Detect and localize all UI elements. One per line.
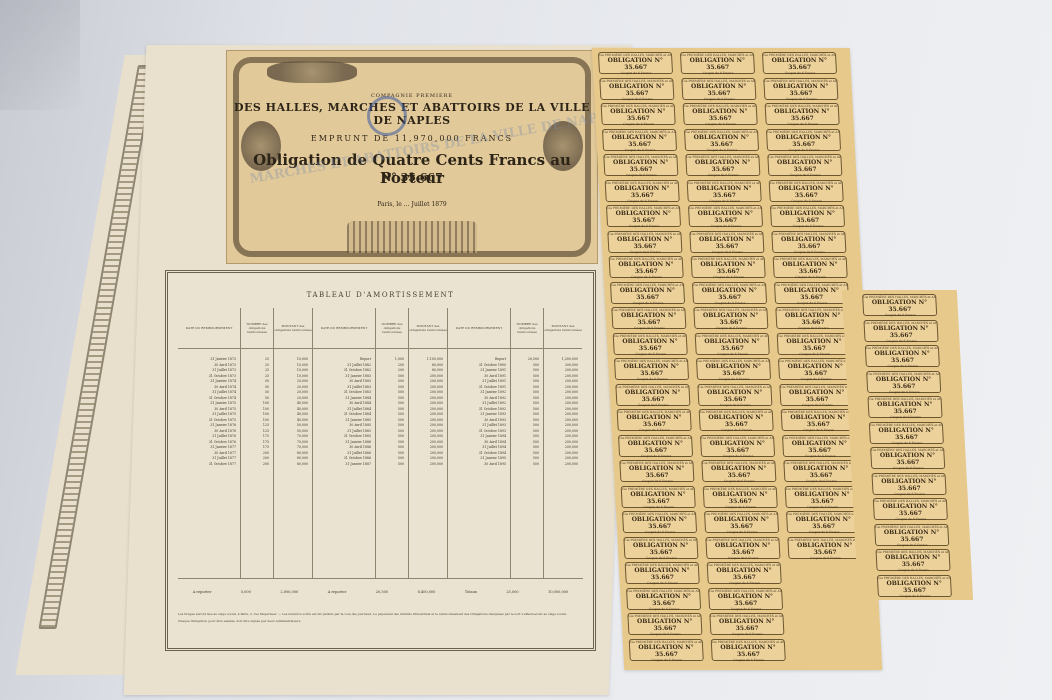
coupon-number: OBLIGATION N° 35.667 <box>599 57 672 71</box>
coupon-header: Cie PREMIÈRE DES HALLES, MARCHÉS et ABAT… <box>778 334 850 338</box>
coupon-number: OBLIGATION N° 35.667 <box>767 134 840 148</box>
table-totals-row: A reporter 5,000 2,000,000 A reporter 20… <box>178 578 583 604</box>
coupon: Cie PREMIÈRE DES HALLES, MARCHÉS et ABAT… <box>782 435 857 457</box>
table-cell: 80,000 <box>274 462 312 468</box>
coupon-header: Cie PREMIÈRE DES HALLES, MARCHÉS et ABAT… <box>611 283 683 287</box>
coupon-value: Coupon de 6 Francs <box>607 199 679 203</box>
coupon: Cie PREMIÈRE DES HALLES, MARCHÉS et ABAT… <box>865 345 940 367</box>
coupon: Cie PREMIÈRE DES HALLES, MARCHÉS et ABAT… <box>774 282 849 304</box>
coupon: Cie PREMIÈRE DES HALLES, MARCHÉS et ABAT… <box>689 231 764 253</box>
coupon: Cie PREMIÈRE DES HALLES, MARCHÉS et ABAT… <box>611 307 686 329</box>
coupon: Cie PREMIÈRE DES HALLES, MARCHÉS et ABAT… <box>771 231 846 253</box>
coupon-sheet: Cie PREMIÈRE DES HALLES, MARCHÉS et ABAT… <box>592 48 883 670</box>
coupon: Cie PREMIÈRE DES HALLES, MARCHÉS et ABAT… <box>711 639 786 661</box>
coupon-header: Cie PREMIÈRE DES HALLES, MARCHÉS et ABAT… <box>619 436 691 440</box>
coupon: Cie PREMIÈRE DES HALLES, MARCHÉS et ABAT… <box>617 409 692 431</box>
coupon-value: Coupon de 6 Francs <box>619 428 691 432</box>
coupon: Cie PREMIÈRE DES HALLES, MARCHÉS et ABAT… <box>765 103 840 125</box>
coupon-number: OBLIGATION N° 35.667 <box>785 465 858 479</box>
coupon-number: OBLIGATION N° 35.667 <box>691 236 764 250</box>
coupon-value: Coupon de 6 Francs <box>628 607 700 611</box>
coupon-number: OBLIGATION N° 35.667 <box>769 159 842 173</box>
coupon-value: Coupon de 6 Francs <box>764 71 836 75</box>
amount-column-3: MONTANT des obligations remboursées 1,30… <box>544 308 582 578</box>
amortization-table-panel: TABLEAU D'AMORTISSEMENT DATE DU REMBOURS… <box>165 270 596 651</box>
coupon-number: OBLIGATION N° 35.667 <box>606 185 679 199</box>
coupon-value: Coupon de 6 Francs <box>713 658 785 662</box>
coupon: Cie PREMIÈRE DES HALLES, MARCHÉS et ABAT… <box>867 396 942 418</box>
date-column-3: DATE DU REMBOURSEMENT Report31 Octobre 1… <box>448 308 511 578</box>
coupon-header: Cie PREMIÈRE DES HALLES, MARCHÉS et ABAT… <box>788 538 860 542</box>
coupon: Cie PREMIÈRE DES HALLES, MARCHÉS et ABAT… <box>618 435 693 457</box>
coupon-value: Coupon de 6 Francs <box>698 377 770 381</box>
total-number-2: 20,500 <box>376 590 388 594</box>
coupon-header: Cie PREMIÈRE DES HALLES, MARCHÉS et ABAT… <box>783 436 855 440</box>
coupon-value: Coupon de 6 Francs <box>615 352 687 356</box>
coupon: Cie PREMIÈRE DES HALLES, MARCHÉS et ABAT… <box>598 52 673 74</box>
coupon-number: OBLIGATION N° 35.667 <box>605 159 678 173</box>
coupon: Cie PREMIÈRE DES HALLES, MARCHÉS et ABAT… <box>599 78 674 100</box>
coupon: Cie PREMIÈRE DES HALLES, MARCHÉS et ABAT… <box>681 78 756 100</box>
number-column-3: NOMBRE des obligations remboursées 20,50… <box>511 308 544 578</box>
total-amount-2: 8,400,000 <box>418 590 436 594</box>
coupon-value: Coupon de 6 Francs <box>699 403 771 407</box>
coupon-value: Coupon de 6 Francs <box>879 594 951 598</box>
coupon-sheet-extension: Cie PREMIÈRE DES HALLES, MARCHÉS et ABAT… <box>842 290 973 600</box>
coupon-value: Coupon de 6 Francs <box>707 556 779 560</box>
coupon-header: Cie PREMIÈRE DES HALLES, MARCHÉS et ABAT… <box>616 385 688 389</box>
total-label-3: Totaux <box>465 590 477 594</box>
coupon-number: OBLIGATION N° 35.667 <box>696 338 769 352</box>
coupon-value: Coupon de 6 Francs <box>603 122 675 126</box>
coupon-number: OBLIGATION N° 35.667 <box>705 516 778 530</box>
coupon-header: Cie PREMIÈRE DES HALLES, MARCHÉS et ABAT… <box>772 232 844 236</box>
coupon-number: OBLIGATION N° 35.667 <box>771 210 844 224</box>
coupon-header: Cie PREMIÈRE DES HALLES, MARCHÉS et ABAT… <box>690 232 762 236</box>
coupon-number: OBLIGATION N° 35.667 <box>782 414 855 428</box>
coupon-value: Coupon de 6 Francs <box>767 122 839 126</box>
coupon: Cie PREMIÈRE DES HALLES, MARCHÉS et ABAT… <box>869 422 944 444</box>
coupon-number: OBLIGATION N° 35.667 <box>630 644 703 658</box>
date-column-1: DATE DU REMBOURSEMENT 31 Janvier 187330 … <box>178 308 241 578</box>
coupon-number: OBLIGATION N° 35.667 <box>766 108 839 122</box>
coupon: Cie PREMIÈRE DES HALLES, MARCHÉS et ABAT… <box>688 205 763 227</box>
coupon-value: Coupon de 6 Francs <box>877 568 949 572</box>
coupon-number: OBLIGATION N° 35.667 <box>687 159 760 173</box>
coupon-number: OBLIGATION N° 35.667 <box>629 618 702 632</box>
coupon-header: Cie PREMIÈRE DES HALLES, MARCHÉS et ABAT… <box>627 589 699 593</box>
coupon: Cie PREMIÈRE DES HALLES, MARCHÉS et ABAT… <box>684 129 759 151</box>
coupon-value: Coupon de 6 Francs <box>781 403 853 407</box>
coupon-number: OBLIGATION N° 35.667 <box>693 287 766 301</box>
coupon-value: Coupon de 6 Francs <box>695 326 767 330</box>
coupon: Cie PREMIÈRE DES HALLES, MARCHÉS et ABAT… <box>709 613 784 635</box>
total-label-1: A reporter <box>193 590 212 594</box>
coupon-number: OBLIGATION N° 35.667 <box>863 299 936 313</box>
table-cell: 200 <box>241 462 273 468</box>
coupon-header: Cie PREMIÈRE DES HALLES, MARCHÉS et ABAT… <box>775 283 847 287</box>
coupon: Cie PREMIÈRE DES HALLES, MARCHÉS et ABAT… <box>627 613 702 635</box>
coupon-value: Coupon de 6 Francs <box>616 377 688 381</box>
coupon-value: Coupon de 6 Francs <box>683 97 755 101</box>
coupon: Cie PREMIÈRE DES HALLES, MARCHÉS et ABAT… <box>685 154 760 176</box>
coupon-value: Coupon de 6 Francs <box>694 301 766 305</box>
coupon: Cie PREMIÈRE DES HALLES, MARCHÉS et ABAT… <box>610 282 685 304</box>
table-cell: 31 Octobre 1877 <box>178 462 240 468</box>
coupon-header: Cie PREMIÈRE DES HALLES, MARCHÉS et ABAT… <box>864 321 936 325</box>
coupon-header: Cie PREMIÈRE DES HALLES, MARCHÉS et ABAT… <box>624 538 696 542</box>
coupon: Cie PREMIÈRE DES HALLES, MARCHÉS et ABAT… <box>619 460 694 482</box>
coupon-number: OBLIGATION N° 35.667 <box>681 57 754 71</box>
coupon-number: OBLIGATION N° 35.667 <box>623 516 696 530</box>
coupon-number: OBLIGATION N° 35.667 <box>777 312 850 326</box>
coupon: Cie PREMIÈRE DES HALLES, MARCHÉS et ABAT… <box>705 537 780 559</box>
coupon: Cie PREMIÈRE DES HALLES, MARCHÉS et ABAT… <box>707 562 782 584</box>
coupon-number: OBLIGATION N° 35.667 <box>869 401 942 415</box>
coupon-header: Cie PREMIÈRE DES HALLES, MARCHÉS et ABAT… <box>706 538 778 542</box>
coupon-value: Coupon de 6 Francs <box>701 428 773 432</box>
coupon: Cie PREMIÈRE DES HALLES, MARCHÉS et ABAT… <box>773 256 848 278</box>
coupon-number: OBLIGATION N° 35.667 <box>701 440 774 454</box>
table-title: TABLEAU D'AMORTISSEMENT <box>168 291 593 299</box>
coupon-number: OBLIGATION N° 35.667 <box>607 210 680 224</box>
coupon-value: Coupon de 6 Francs <box>617 403 689 407</box>
coupon: Cie PREMIÈRE DES HALLES, MARCHÉS et ABAT… <box>605 180 680 202</box>
coupon-value: Coupon de 6 Francs <box>629 632 701 636</box>
coupon-value: Coupon de 6 Francs <box>702 454 774 458</box>
coupon: Cie PREMIÈRE DES HALLES, MARCHÉS et ABAT… <box>775 307 850 329</box>
coupon: Cie PREMIÈRE DES HALLES, MARCHÉS et ABAT… <box>614 358 689 380</box>
table-cell: 31 Janvier 1887 <box>313 462 375 468</box>
coupon: Cie PREMIÈRE DES HALLES, MARCHÉS et ABAT… <box>866 371 941 393</box>
amount-column-1: MONTANT des obligations remboursées 10,0… <box>274 308 313 578</box>
coupon: Cie PREMIÈRE DES HALLES, MARCHÉS et ABAT… <box>692 282 767 304</box>
coupon-number: OBLIGATION N° 35.667 <box>618 414 691 428</box>
coupon-value: Coupon de 6 Francs <box>873 492 945 496</box>
coupon-value: Coupon de 6 Francs <box>776 301 848 305</box>
coupon-number: OBLIGATION N° 35.667 <box>622 491 695 505</box>
coupon-number: OBLIGATION N° 35.667 <box>603 134 676 148</box>
coupon: Cie PREMIÈRE DES HALLES, MARCHÉS et ABAT… <box>615 384 690 406</box>
coupon-header: Cie PREMIÈRE DES HALLES, MARCHÉS et ABAT… <box>875 525 947 529</box>
coupon-value: Coupon de 6 Francs <box>867 364 939 368</box>
coupon-number: OBLIGATION N° 35.667 <box>692 261 765 275</box>
coupon: Cie PREMIÈRE DES HALLES, MARCHÉS et ABAT… <box>602 129 677 151</box>
table-notes: Les tirages auront lieu au siège social,… <box>178 611 583 625</box>
coupon: Cie PREMIÈRE DES HALLES, MARCHÉS et ABAT… <box>629 639 704 661</box>
coupon-value: Coupon de 6 Francs <box>876 543 948 547</box>
coupon-value: Coupon de 6 Francs <box>872 466 944 470</box>
coupon: Cie PREMIÈRE DES HALLES, MARCHÉS et ABAT… <box>779 384 854 406</box>
coupon-value: Coupon de 6 Francs <box>706 530 778 534</box>
coupon-header: Cie PREMIÈRE DES HALLES, MARCHÉS et ABAT… <box>600 79 672 83</box>
coupon: Cie PREMIÈRE DES HALLES, MARCHÉS et ABAT… <box>606 205 681 227</box>
coupon-header: Cie PREMIÈRE DES HALLES, MARCHÉS et ABAT… <box>696 334 768 338</box>
issue-date: Paris, le … Juillet 1879 <box>227 201 597 208</box>
coupon-number: OBLIGATION N° 35.667 <box>700 414 773 428</box>
coupon-number: OBLIGATION N° 35.667 <box>703 465 776 479</box>
coupon-value: Coupon de 6 Francs <box>627 581 699 585</box>
coupon-number: OBLIGATION N° 35.667 <box>786 491 859 505</box>
coupon-number: OBLIGATION N° 35.667 <box>871 452 944 466</box>
amount-column-2: MONTANT des obligations remboursées 1,10… <box>409 308 448 578</box>
coupon-number: OBLIGATION N° 35.667 <box>707 542 780 556</box>
coupon-value: Coupon de 6 Francs <box>777 326 849 330</box>
coupon-value: Coupon de 6 Francs <box>771 199 843 203</box>
coupon-number: OBLIGATION N° 35.667 <box>779 363 852 377</box>
coupon: Cie PREMIÈRE DES HALLES, MARCHÉS et ABAT… <box>609 256 684 278</box>
coupon: Cie PREMIÈRE DES HALLES, MARCHÉS et ABAT… <box>874 524 949 546</box>
coupon-value: Coupon de 6 Francs <box>685 122 757 126</box>
coupon-value: Coupon de 6 Francs <box>875 517 947 521</box>
blue-stamp <box>367 96 407 136</box>
coupon-number: OBLIGATION N° 35.667 <box>627 593 700 607</box>
coupon-number: OBLIGATION N° 35.667 <box>601 83 674 97</box>
coupon-number: OBLIGATION N° 35.667 <box>621 465 694 479</box>
coupon-value: Coupon de 6 Francs <box>693 275 765 279</box>
coupon-number: OBLIGATION N° 35.667 <box>866 350 939 364</box>
coupon-number: OBLIGATION N° 35.667 <box>688 185 761 199</box>
coupon-value: Coupon de 6 Francs <box>689 199 761 203</box>
coupon-number: OBLIGATION N° 35.667 <box>877 554 950 568</box>
coupon: Cie PREMIÈRE DES HALLES, MARCHÉS et ABAT… <box>622 511 697 533</box>
coupon-header: Cie PREMIÈRE DES HALLES, MARCHÉS et ABAT… <box>780 385 852 389</box>
coupon-value: Coupon de 6 Francs <box>697 352 769 356</box>
table-cell: 200,000 <box>544 462 582 468</box>
number-column-2: NOMBRE des obligations remboursées 1,000… <box>376 308 409 578</box>
coupon-number: OBLIGATION N° 35.667 <box>699 389 772 403</box>
coupon-header: Cie PREMIÈRE DES HALLES, MARCHÉS et ABAT… <box>698 385 770 389</box>
coupon-header: Cie PREMIÈRE DES HALLES, MARCHÉS et ABAT… <box>606 181 678 185</box>
coupon: Cie PREMIÈRE DES HALLES, MARCHÉS et ABAT… <box>691 256 766 278</box>
coupon-header: Cie PREMIÈRE DES HALLES, MARCHÉS et ABAT… <box>688 181 760 185</box>
date-column-2: DATE DU REMBOURSEMENT Report31 Juillet 1… <box>313 308 376 578</box>
coupon-number: OBLIGATION N° 35.667 <box>783 440 856 454</box>
coupon-number: OBLIGATION N° 35.667 <box>870 427 943 441</box>
coupon: Cie PREMIÈRE DES HALLES, MARCHÉS et ABAT… <box>601 103 676 125</box>
coupon-value: Coupon de 6 Francs <box>768 148 840 152</box>
coupon-header: Cie PREMIÈRE DES HALLES, MARCHÉS et ABAT… <box>701 436 773 440</box>
coupon-header: Cie PREMIÈRE DES HALLES, MARCHÉS et ABAT… <box>867 372 939 376</box>
coupon: Cie PREMIÈRE DES HALLES, MARCHÉS et ABAT… <box>862 294 937 316</box>
coupon-number: OBLIGATION N° 35.667 <box>770 185 843 199</box>
coupon-value: Coupon de 6 Francs <box>710 607 782 611</box>
coupon-value: Coupon de 6 Francs <box>690 224 762 228</box>
total-number-1: 5,000 <box>241 590 251 594</box>
coupon: Cie PREMIÈRE DES HALLES, MARCHÉS et ABAT… <box>696 358 771 380</box>
coupon: Cie PREMIÈRE DES HALLES, MARCHÉS et ABAT… <box>603 154 678 176</box>
coupon-header: Cie PREMIÈRE DES HALLES, MARCHÉS et ABAT… <box>685 130 757 134</box>
coupon-value: Coupon de 6 Francs <box>682 71 754 75</box>
coupon-number: OBLIGATION N° 35.667 <box>774 261 847 275</box>
coupon-number: OBLIGATION N° 35.667 <box>781 389 854 403</box>
coupon-header: Cie PREMIÈRE DES HALLES, MARCHÉS et ABAT… <box>870 423 942 427</box>
coupon-value: Coupon de 6 Francs <box>620 454 692 458</box>
coupon: Cie PREMIÈRE DES HALLES, MARCHÉS et ABAT… <box>783 460 858 482</box>
coupon: Cie PREMIÈRE DES HALLES, MARCHÉS et ABAT… <box>787 537 862 559</box>
coupon-value: Coupon de 6 Francs <box>769 173 841 177</box>
coupon-value: Coupon de 6 Francs <box>871 441 943 445</box>
coupon-number: OBLIGATION N° 35.667 <box>695 312 768 326</box>
coupon-number: OBLIGATION N° 35.667 <box>689 210 762 224</box>
coupon-value: Coupon de 6 Francs <box>784 454 856 458</box>
coupon-number: OBLIGATION N° 35.667 <box>625 542 698 556</box>
coupon-value: Coupon de 6 Francs <box>788 530 860 534</box>
coupon-value: Coupon de 6 Francs <box>711 632 783 636</box>
coupon: Cie PREMIÈRE DES HALLES, MARCHÉS et ABAT… <box>777 333 852 355</box>
coupon-value: Coupon de 6 Francs <box>864 313 936 317</box>
coupon-number: OBLIGATION N° 35.667 <box>684 108 757 122</box>
coupon-value: Coupon de 6 Francs <box>869 415 941 419</box>
coupon-header: Cie PREMIÈRE DES HALLES, MARCHÉS et ABAT… <box>693 283 765 287</box>
coupon: Cie PREMIÈRE DES HALLES, MARCHÉS et ABAT… <box>769 180 844 202</box>
coupon-number: OBLIGATION N° 35.667 <box>602 108 675 122</box>
coupon-number: OBLIGATION N° 35.667 <box>763 57 836 71</box>
coupon-value: Coupon de 6 Francs <box>775 275 847 279</box>
coupon-number: OBLIGATION N° 35.667 <box>787 516 860 530</box>
coupon: Cie PREMIÈRE DES HALLES, MARCHÉS et ABAT… <box>873 498 948 520</box>
coupon: Cie PREMIÈRE DES HALLES, MARCHÉS et ABAT… <box>693 307 768 329</box>
amortization-table: DATE DU REMBOURSEMENT 31 Janvier 187330 … <box>178 308 583 578</box>
coupon-number: OBLIGATION N° 35.667 <box>683 83 756 97</box>
coupon: Cie PREMIÈRE DES HALLES, MARCHÉS et ABAT… <box>767 154 842 176</box>
coupon-value: Coupon de 6 Francs <box>868 390 940 394</box>
coupon: Cie PREMIÈRE DES HALLES, MARCHÉS et ABAT… <box>699 409 774 431</box>
coupon: Cie PREMIÈRE DES HALLES, MARCHÉS et ABAT… <box>781 409 856 431</box>
coupon: Cie PREMIÈRE DES HALLES, MARCHÉS et ABAT… <box>875 549 950 571</box>
coupon-number: OBLIGATION N° 35.667 <box>708 567 781 581</box>
coupon-number: OBLIGATION N° 35.667 <box>617 389 690 403</box>
coupon: Cie PREMIÈRE DES HALLES, MARCHÉS et ABAT… <box>786 511 861 533</box>
coupon: Cie PREMIÈRE DES HALLES, MARCHÉS et ABAT… <box>700 435 775 457</box>
note-1: Les tirages auront lieu au siège social,… <box>178 611 583 618</box>
coupon-number: OBLIGATION N° 35.667 <box>765 83 838 97</box>
coupon-header: Cie PREMIÈRE DES HALLES, MARCHÉS et ABAT… <box>630 640 702 644</box>
number-column-1: NOMBRE des obligations remboursées 25252… <box>241 308 274 578</box>
building-engraving <box>347 221 477 253</box>
coupon: Cie PREMIÈRE DES HALLES, MARCHÉS et ABAT… <box>778 358 853 380</box>
coupon-number: OBLIGATION N° 35.667 <box>865 325 938 339</box>
table-cell: 200,000 <box>409 462 447 468</box>
coupon-header: Cie PREMIÈRE DES HALLES, MARCHÉS et ABAT… <box>770 181 842 185</box>
coupon: Cie PREMIÈRE DES HALLES, MARCHÉS et ABAT… <box>607 231 682 253</box>
coupon-header: Cie PREMIÈRE DES HALLES, MARCHÉS et ABAT… <box>603 130 675 134</box>
coupon-value: Coupon de 6 Francs <box>624 530 696 534</box>
coupon-value: Coupon de 6 Francs <box>611 275 683 279</box>
coupon-value: Coupon de 6 Francs <box>772 224 844 228</box>
coupon-value: Coupon de 6 Francs <box>779 352 851 356</box>
coupon-value: Coupon de 6 Francs <box>687 173 759 177</box>
coupon: Cie PREMIÈRE DES HALLES, MARCHÉS et ABAT… <box>871 473 946 495</box>
coupon-number: OBLIGATION N° 35.667 <box>619 440 692 454</box>
coupon-value: Coupon de 6 Francs <box>605 173 677 177</box>
coupon-number: OBLIGATION N° 35.667 <box>610 261 683 275</box>
coupon-value: Coupon de 6 Francs <box>601 97 673 101</box>
coupon-value: Coupon de 6 Francs <box>785 479 857 483</box>
coupon: Cie PREMIÈRE DES HALLES, MARCHÉS et ABAT… <box>613 333 688 355</box>
vignette-top <box>267 61 357 83</box>
coupon: Cie PREMIÈRE DES HALLES, MARCHÉS et ABAT… <box>766 129 841 151</box>
coupon-number: OBLIGATION N° 35.667 <box>878 580 951 594</box>
coupon-value: Coupon de 6 Francs <box>625 556 697 560</box>
coupon-value: Coupon de 6 Francs <box>612 301 684 305</box>
coupon-value: Coupon de 6 Francs <box>604 148 676 152</box>
coupon-number: OBLIGATION N° 35.667 <box>697 363 770 377</box>
coupon-header: Cie PREMIÈRE DES HALLES, MARCHÉS et ABAT… <box>764 79 836 83</box>
coupon-number: OBLIGATION N° 35.667 <box>709 593 782 607</box>
coupon-value: Coupon de 6 Francs <box>613 326 685 330</box>
coupon-number: OBLIGATION N° 35.667 <box>874 503 947 517</box>
coupon-header: Cie PREMIÈRE DES HALLES, MARCHÉS et ABAT… <box>709 589 781 593</box>
total-number-3: 25,000 <box>506 590 518 594</box>
coupon-value: Coupon de 6 Francs <box>608 224 680 228</box>
coupon-number: OBLIGATION N° 35.667 <box>615 363 688 377</box>
coupon-number: OBLIGATION N° 35.667 <box>789 542 862 556</box>
coupon-value: Coupon de 6 Francs <box>691 250 763 254</box>
coupon: Cie PREMIÈRE DES HALLES, MARCHÉS et ABAT… <box>626 588 701 610</box>
coupon-number: OBLIGATION N° 35.667 <box>778 338 851 352</box>
coupon: Cie PREMIÈRE DES HALLES, MARCHÉS et ABAT… <box>625 562 700 584</box>
coupon-number: OBLIGATION N° 35.667 <box>711 618 784 632</box>
bond-certificate: COMPAGNIE PREMIERE DES HALLES, MARCHES E… <box>226 50 598 264</box>
coupon-value: Coupon de 6 Francs <box>600 71 672 75</box>
coupon: Cie PREMIÈRE DES HALLES, MARCHÉS et ABAT… <box>762 52 837 74</box>
note-2: Chaque Obligation, pour être valable, do… <box>178 618 583 625</box>
coupon: Cie PREMIÈRE DES HALLES, MARCHÉS et ABAT… <box>623 537 698 559</box>
coupon-header: Cie PREMIÈRE DES HALLES, MARCHÉS et ABAT… <box>614 334 686 338</box>
coupon: Cie PREMIÈRE DES HALLES, MARCHÉS et ABAT… <box>770 205 845 227</box>
coupon-header: Cie PREMIÈRE DES HALLES, MARCHÉS et ABAT… <box>786 487 858 491</box>
coupon-value: Coupon de 6 Francs <box>709 581 781 585</box>
coupon: Cie PREMIÈRE DES HALLES, MARCHÉS et ABAT… <box>708 588 783 610</box>
coupon-number: OBLIGATION N° 35.667 <box>613 312 686 326</box>
coupon: Cie PREMIÈRE DES HALLES, MARCHÉS et ABAT… <box>785 486 860 508</box>
coupon-value: Coupon de 6 Francs <box>789 556 861 560</box>
coupon: Cie PREMIÈRE DES HALLES, MARCHÉS et ABAT… <box>870 447 945 469</box>
coupon: Cie PREMIÈRE DES HALLES, MARCHÉS et ABAT… <box>697 384 772 406</box>
coupon-number: OBLIGATION N° 35.667 <box>873 478 946 492</box>
coupon: Cie PREMIÈRE DES HALLES, MARCHÉS et ABAT… <box>687 180 762 202</box>
coupon-header: Cie PREMIÈRE DES HALLES, MARCHÉS et ABAT… <box>767 130 839 134</box>
coupon-value: Coupon de 6 Francs <box>703 479 775 483</box>
coupon-number: OBLIGATION N° 35.667 <box>773 236 846 250</box>
coupon-header: Cie PREMIÈRE DES HALLES, MARCHÉS et ABAT… <box>704 487 776 491</box>
coupon: Cie PREMIÈRE DES HALLES, MARCHÉS et ABAT… <box>695 333 770 355</box>
table-cell: 30 Avril 1895 <box>448 462 510 468</box>
coupon: Cie PREMIÈRE DES HALLES, MARCHÉS et ABAT… <box>621 486 696 508</box>
coupon-value: Coupon de 6 Francs <box>621 479 693 483</box>
table-cell: 500 <box>511 462 543 468</box>
coupon-number: OBLIGATION N° 35.667 <box>614 338 687 352</box>
coupon: Cie PREMIÈRE DES HALLES, MARCHÉS et ABAT… <box>863 320 938 342</box>
coupon-header: Cie PREMIÈRE DES HALLES, MARCHÉS et ABAT… <box>872 474 944 478</box>
coupon-value: Coupon de 6 Francs <box>705 505 777 509</box>
coupon-header: Cie PREMIÈRE DES HALLES, MARCHÉS et ABAT… <box>712 640 784 644</box>
total-label-2: A reporter <box>328 590 347 594</box>
coupon-number: OBLIGATION N° 35.667 <box>704 491 777 505</box>
coupon-value: Coupon de 6 Francs <box>609 250 681 254</box>
coupon: Cie PREMIÈRE DES HALLES, MARCHÉS et ABAT… <box>680 52 755 74</box>
coupon-value: Coupon de 6 Francs <box>780 377 852 381</box>
coupon-value: Coupon de 6 Francs <box>623 505 695 509</box>
coupon-number: OBLIGATION N° 35.667 <box>867 376 940 390</box>
coupon-number: OBLIGATION N° 35.667 <box>609 236 682 250</box>
coupon-value: Coupon de 6 Francs <box>787 505 859 509</box>
coupon-value: Coupon de 6 Francs <box>783 428 855 432</box>
coupon-number: OBLIGATION N° 35.667 <box>626 567 699 581</box>
coupon-value: Coupon de 6 Francs <box>631 658 703 662</box>
coupon-header: Cie PREMIÈRE DES HALLES, MARCHÉS et ABAT… <box>682 79 754 83</box>
